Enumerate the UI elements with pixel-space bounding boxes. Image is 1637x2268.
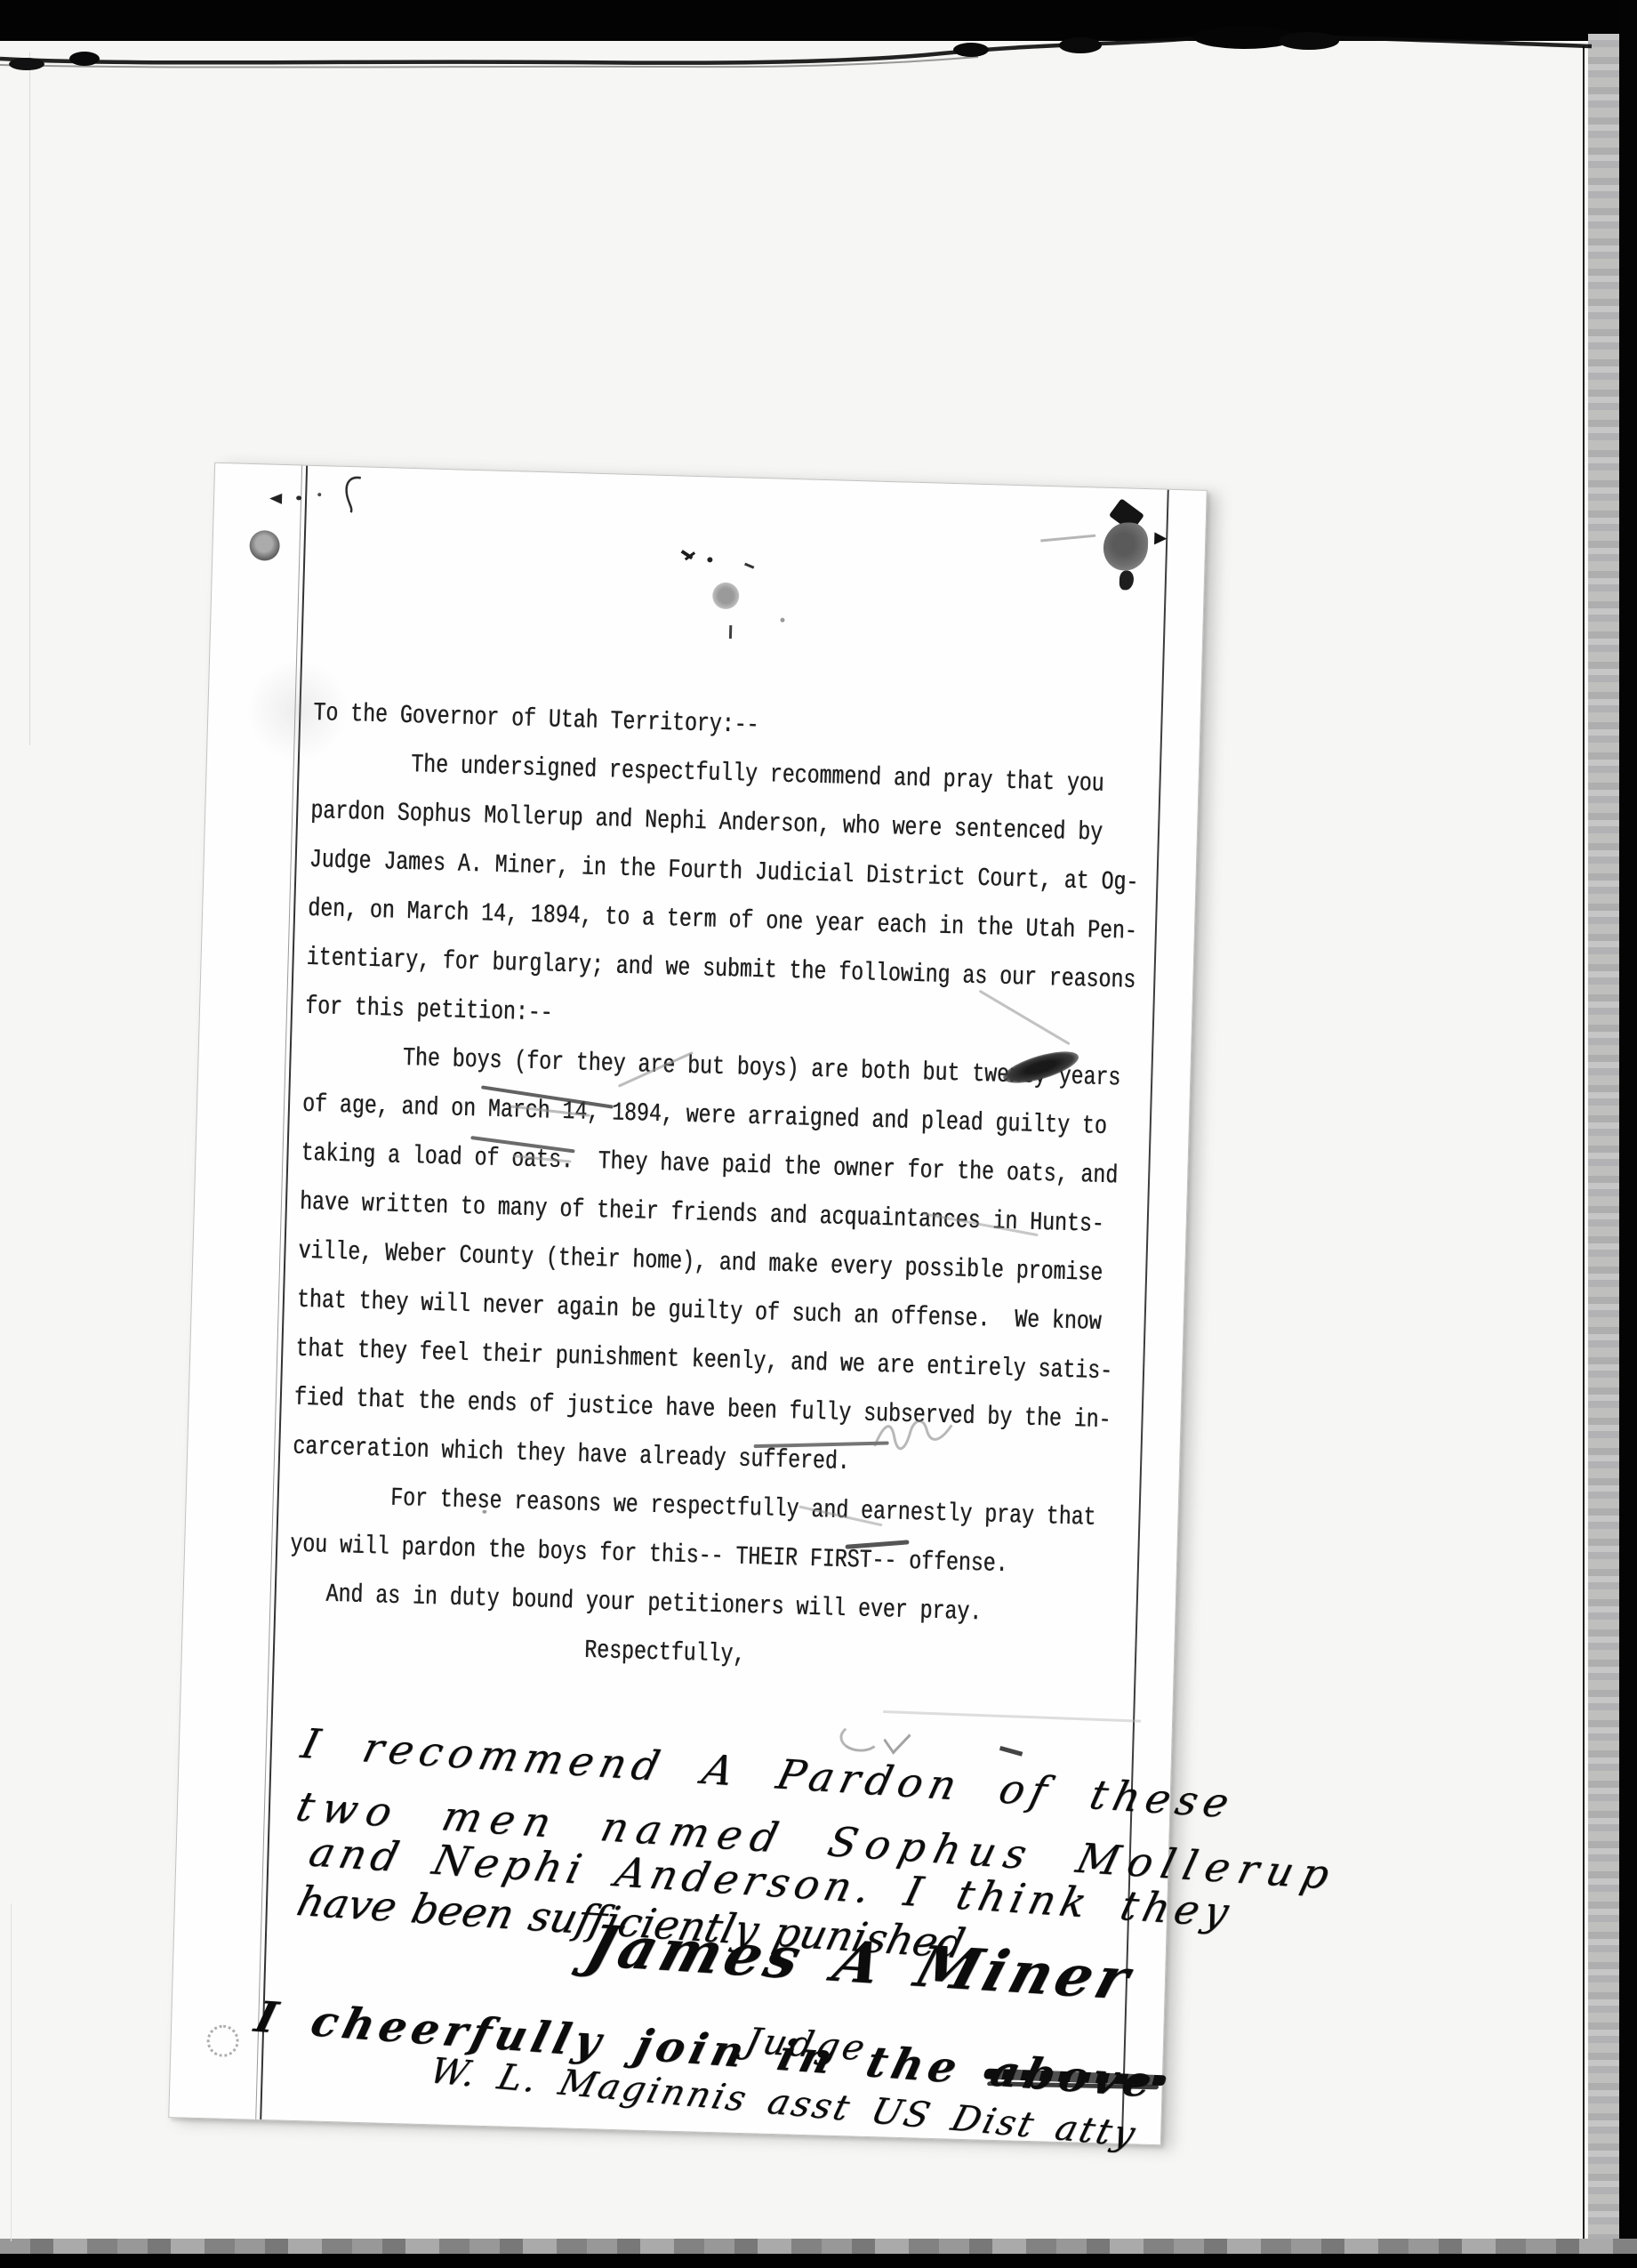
pencil-scrawl	[871, 1411, 957, 1460]
stray-ink-mark	[296, 495, 301, 500]
pencil-arc	[839, 1723, 881, 1752]
ink-speck	[744, 563, 754, 569]
ink-blot-arrow	[1154, 532, 1167, 544]
pencil-check	[883, 1722, 911, 1755]
ink-dash	[999, 1746, 1023, 1757]
scan-edge-line-right	[1583, 46, 1585, 2252]
scanner-edge-bottom	[0, 2254, 1637, 2268]
ink-speck	[780, 618, 784, 623]
scan-top-edge-squiggle	[0, 25, 1601, 87]
backing-sheet-crease-left-top	[29, 52, 30, 745]
faint-crease-line	[883, 1710, 1141, 1723]
scanner-edge-right	[1619, 0, 1637, 2268]
hole-punch-bottom	[206, 2024, 239, 2057]
scanner-strip-bottom	[0, 2239, 1637, 2255]
scanner-strip-right	[1588, 34, 1620, 2257]
ink-speck	[729, 625, 732, 639]
hole-punch-top	[249, 530, 280, 561]
gray-smudge-dot	[712, 582, 740, 609]
ink-blot	[1119, 570, 1135, 590]
ink-blot	[1103, 522, 1148, 571]
backing-sheet-crease-left-bottom	[11, 1903, 12, 2241]
stray-ink-mark	[317, 493, 321, 496]
endorsement-scribbled-word: above	[985, 2047, 1162, 2108]
ink-speck	[707, 557, 712, 562]
pencil-speck	[482, 1510, 486, 1514]
ink-blot-streak	[1040, 535, 1095, 543]
typed-petition-text: To the Governor of Utah Territory:-- The…	[286, 688, 1143, 1690]
stray-hook-mark	[341, 474, 365, 514]
stray-ink-mark	[269, 494, 282, 504]
petition-document-page: To the Governor of Utah Territory:-- The…	[168, 462, 1208, 2145]
